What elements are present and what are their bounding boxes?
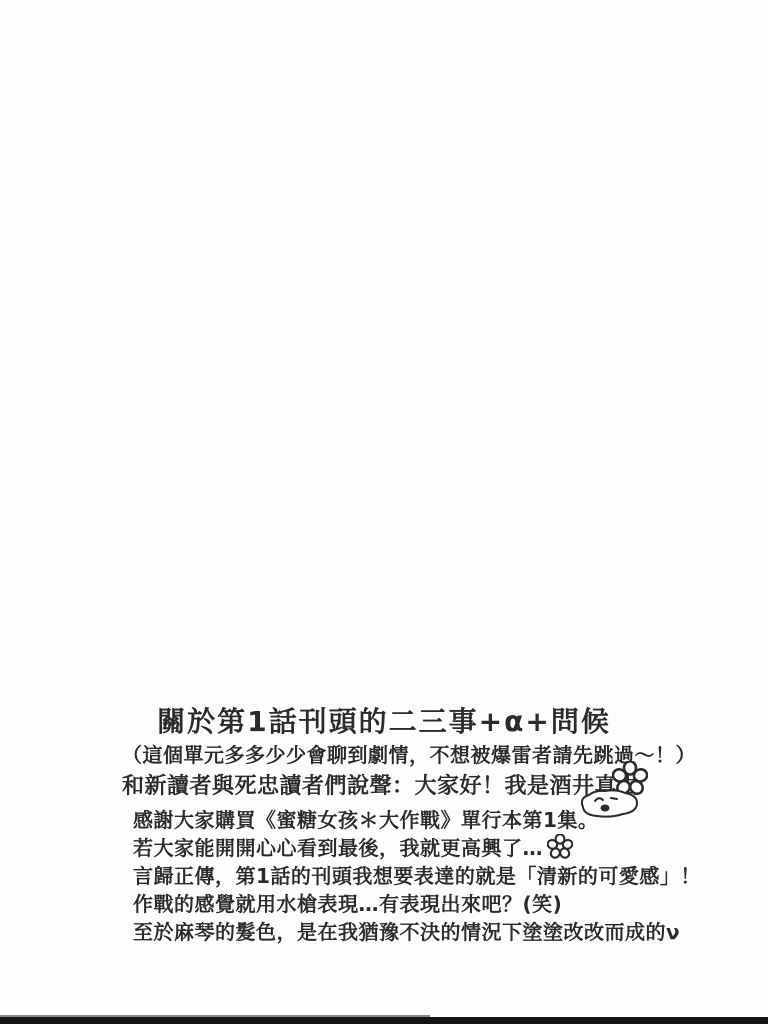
afterword-body: 感謝大家購買《蜜糖女孩＊大作戰》單行本第1集。 若大家能開開心心看到最後，我就更…: [133, 806, 733, 946]
spoiler-warning-note: （這個單元多多少少會聊到劇情，不想被爆雷者請先跳過～！）: [122, 739, 696, 768]
body-line-1: 感謝大家購買《蜜糖女孩＊大作戰》單行本第1集。: [133, 806, 733, 834]
body-line-1-text: 感謝大家購買《蜜糖女孩＊大作戰》單行本第1集。: [133, 808, 598, 832]
body-line-3-text: 言歸正傳，第1話的刊頭我想要表達的就是「清新的可愛感」！: [133, 864, 701, 888]
body-line-5-text: 至於麻琴的髮色，是在我猶豫不決的情況下塗塗改改而成的ν: [133, 920, 680, 944]
author-greeting: 和新讀者與死忠讀者們說聲：大家好！我是酒井真由: [122, 769, 640, 800]
body-line-4-text: 作戰的感覺就用水槍表現…有表現出來吧？(笑): [133, 892, 562, 916]
body-line-5: 至於麻琴的髮色，是在我猶豫不決的情況下塗塗改改而成的ν: [133, 918, 733, 946]
afterword-title: 關於第1話刊頭的二三事+α+問候: [0, 700, 768, 740]
body-line-2: 若大家能開開心心看到最後，我就更高興了…: [133, 834, 733, 862]
scanned-page: 關於第1話刊頭的二三事+α+問候 （這個單元多多少少會聊到劇情，不想被爆雷者請先…: [0, 0, 768, 1024]
afterword-column: 關於第1話刊頭的二三事+α+問候 （這個單元多多少少會聊到劇情，不想被爆雷者請先…: [0, 0, 768, 1024]
body-line-2-text: 若大家能開開心心看到最後，我就更高興了…: [133, 836, 543, 860]
body-line-3: 言歸正傳，第1話的刊頭我想要表達的就是「清新的可愛感」！: [133, 862, 733, 890]
page-bottom-border: [0, 1017, 768, 1024]
body-line-4: 作戰的感覺就用水槍表現…有表現出來吧？(笑): [133, 890, 733, 918]
